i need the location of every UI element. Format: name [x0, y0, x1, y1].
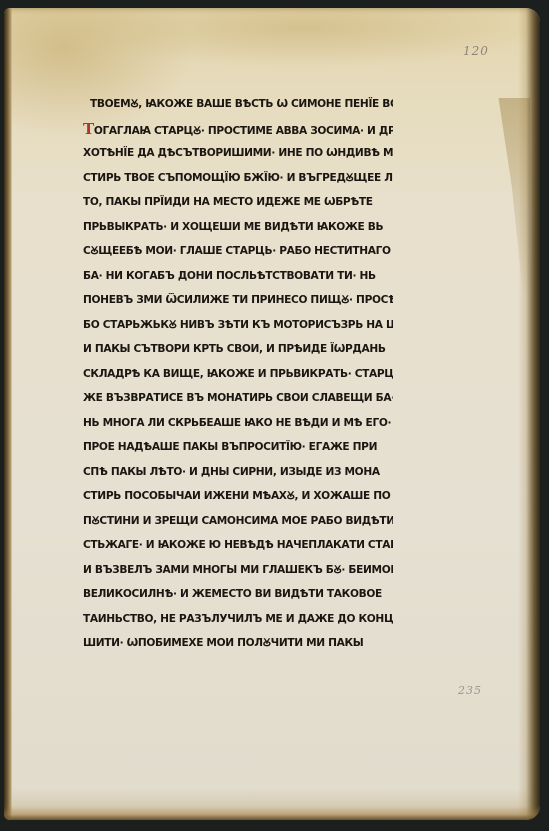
text-line: твоемꙋ, ꙗкоже ваше вѣсть ѡ симоне пенїе … — [83, 92, 393, 117]
text-line: спѣ пакы лѣто· и дны сирни, изыде из мон… — [83, 460, 393, 485]
page-right-edge — [518, 8, 540, 820]
text-line: то, пакы прїиди на место идеже ме ѡбрѣте — [83, 190, 393, 215]
text-line-content: огаглаꙗ старцꙋ· простиме авва зосима· и … — [94, 125, 393, 137]
scan-background: 120 235 твоемꙋ, ꙗкоже ваше вѣсть ѡ симон… — [0, 0, 549, 831]
text-line: складрѣ ка вище, ꙗкоже и прьвикрать· ста… — [83, 362, 393, 387]
text-line: ба· ни когабъ дони посльѣтствовати ти· н… — [83, 264, 393, 289]
text-line: стирь твое съпомощїю бжїю· и въгредꙋщее … — [83, 166, 393, 191]
text-line: бо старьжькꙋ нивъ зѣти къ моторисъзрь на… — [83, 313, 393, 338]
text-line: таиньство, не разълучилъ ме и даже до ко… — [83, 607, 393, 632]
text-line: прьвыкрать· и хощеши ме видѣти ꙗкоже вь — [83, 215, 393, 240]
manuscript-page: 120 235 твоемꙋ, ꙗкоже ваше вѣсть ѡ симон… — [4, 8, 540, 820]
page-bottom-edge — [4, 806, 540, 820]
text-line: хотѣнїе да дѣсътворишими· ине по ѡндивѣ … — [83, 141, 393, 166]
text-line-with-initial: Тогаглаꙗ старцꙋ· простиме авва зосима· и… — [83, 117, 393, 142]
text-line: стирь пособычаи ижени мѣахꙋ, и хожаше по — [83, 484, 393, 509]
manuscript-text-block: твоемꙋ, ꙗкоже ваше вѣсть ѡ симоне пенїе … — [83, 92, 393, 656]
text-line: нь многа ли скрьбеаше ꙗко не вѣди и мѣ е… — [83, 411, 393, 436]
folio-number-top: 120 — [463, 44, 489, 58]
text-line: и възвелъ зами многы ми глашекъ бꙋ· беим… — [83, 558, 393, 583]
text-line: и пакы сътвори крть свои, и прѣиде їѡрда… — [83, 337, 393, 362]
text-line: великосилнѣ· и жеместо ви видѣти таковое — [83, 582, 393, 607]
text-line: поневъ зми ѿсилиже ти принесо пищꙋ· прос… — [83, 288, 393, 313]
text-line: шити· ѡпобимехе мои полꙋчити ми пакы — [83, 631, 393, 656]
text-line: же възвратисе въ монатирь свои славещи б… — [83, 386, 393, 411]
text-line: пꙋстини и зрещи самонсима мое рабо видѣт… — [83, 509, 393, 534]
red-initial-letter: Т — [83, 120, 94, 138]
page-left-edge — [4, 8, 12, 820]
folio-number-bottom: 235 — [458, 684, 482, 697]
text-line: сꙋщеебѣ мои· глаше старць· рабо неститна… — [83, 239, 393, 264]
text-line: стьжаге· и ꙗкоже ю невѣдѣ начеплакати ст… — [83, 533, 393, 558]
text-line: прое надѣаше пакы въпроситїю· егаже при — [83, 435, 393, 460]
